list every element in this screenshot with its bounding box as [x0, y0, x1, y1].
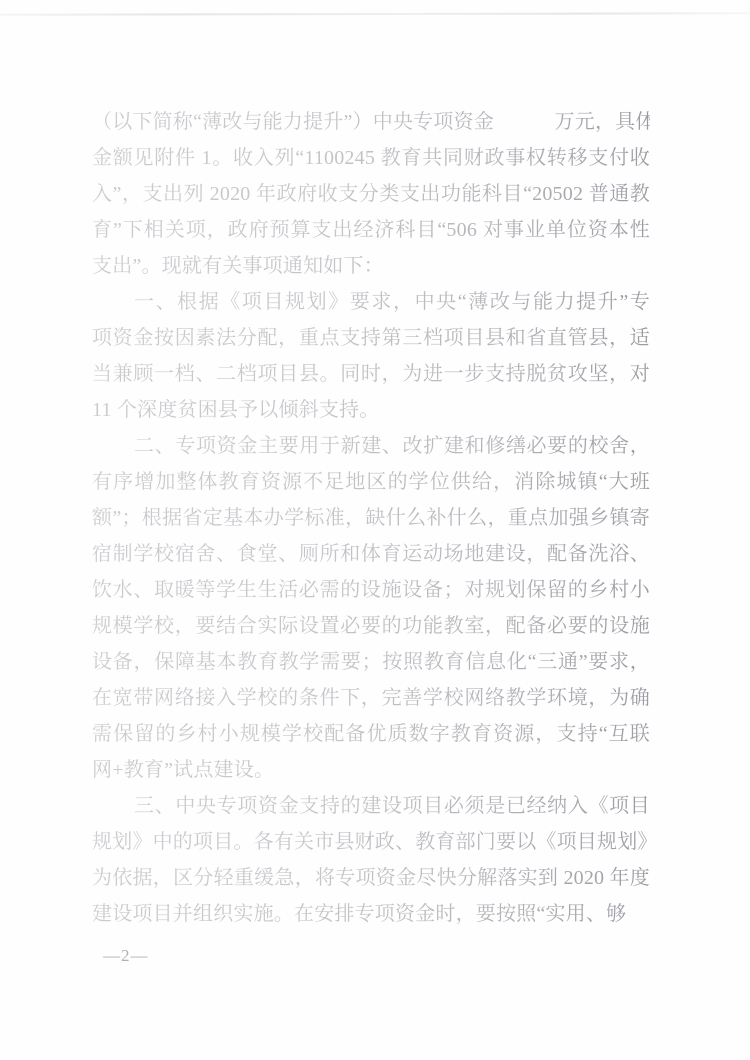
- text-line: 入”，支出列 2020 年政府收支分类支出功能科目“20502 普通教: [92, 176, 650, 212]
- text-line: 宿制学校宿舍、食堂、厕所和体育运动场地建设，配备洗浴、: [92, 536, 650, 572]
- document-page: （以下简称“薄改与能力提升”）中央专项资金 万元，具体 金额见附件 1。收入列“…: [0, 0, 750, 1060]
- text-line: 三、中央专项资金支持的建设项目必须是已经纳入《项目: [92, 788, 650, 824]
- text-line: 二、专项资金主要用于新建、改扩建和修缮必要的校舍，: [92, 428, 650, 464]
- document-body: （以下简称“薄改与能力提升”）中央专项资金 万元，具体 金额见附件 1。收入列“…: [92, 104, 650, 932]
- text-line: 建设项目并组织实施。在安排专项资金时，要按照“实用、够: [92, 896, 650, 932]
- text-line: 为依据，区分轻重缓急，将专项资金尽快分解落实到 2020 年度: [92, 860, 650, 896]
- text-line: 规划》中的项目。各有关市县财政、教育部门要以《项目规划》: [92, 824, 650, 860]
- paragraph-item-3: 三、中央专项资金支持的建设项目必须是已经纳入《项目 规划》中的项目。各有关市县财…: [92, 788, 650, 932]
- text-line: 项资金按因素法分配，重点支持第三档项目县和省直管县，适: [92, 320, 650, 356]
- text-line: 设备，保障基本教育教学需要；按照教育信息化“三通”要求，: [92, 644, 650, 680]
- paragraph-item-2: 二、专项资金主要用于新建、改扩建和修缮必要的校舍， 有序增加整体教育资源不足地区…: [92, 428, 650, 788]
- paragraph-item-1: 一、根据《项目规划》要求，中央“薄改与能力提升”专 项资金按因素法分配，重点支持…: [92, 284, 650, 428]
- text-line: 有序增加整体教育资源不足地区的学位供给，消除城镇“大班: [92, 464, 650, 500]
- text-line: 当兼顾一档、二档项目县。同时，为进一步支持脱贫攻坚，对: [92, 356, 650, 392]
- text-line: 网+教育”试点建设。: [92, 752, 650, 788]
- text-line: 11 个深度贫困县予以倾斜支持。: [92, 392, 650, 428]
- paragraph-intro: （以下简称“薄改与能力提升”）中央专项资金 万元，具体 金额见附件 1。收入列“…: [92, 104, 650, 284]
- page-footer: —2—: [103, 946, 149, 966]
- page-number: —2—: [103, 946, 149, 965]
- scan-artifact-line: [0, 12, 750, 16]
- text-line: 需保留的乡村小规模学校配备优质数字教育资源，支持“互联: [92, 716, 650, 752]
- text-line: （以下简称“薄改与能力提升”）中央专项资金 万元，具体: [92, 104, 650, 140]
- text-line: 一、根据《项目规划》要求，中央“薄改与能力提升”专: [92, 284, 650, 320]
- text-line: 在宽带网络接入学校的条件下，完善学校网络教学环境，为确: [92, 680, 650, 716]
- text-line: 饮水、取暖等学生生活必需的设施设备；对规划保留的乡村小: [92, 572, 650, 608]
- text-line: 金额见附件 1。收入列“1100245 教育共同财政事权转移支付收: [92, 140, 650, 176]
- text-line: 额”；根据省定基本办学标准，缺什么补什么，重点加强乡镇寄: [92, 500, 650, 536]
- text-line: 规模学校，要结合实际设置必要的功能教室，配备必要的设施: [92, 608, 650, 644]
- text-line: 支出”。现就有关事项通知如下：: [92, 248, 650, 284]
- text-line: 育”下相关项，政府预算支出经济科目“506 对事业单位资本性: [92, 212, 650, 248]
